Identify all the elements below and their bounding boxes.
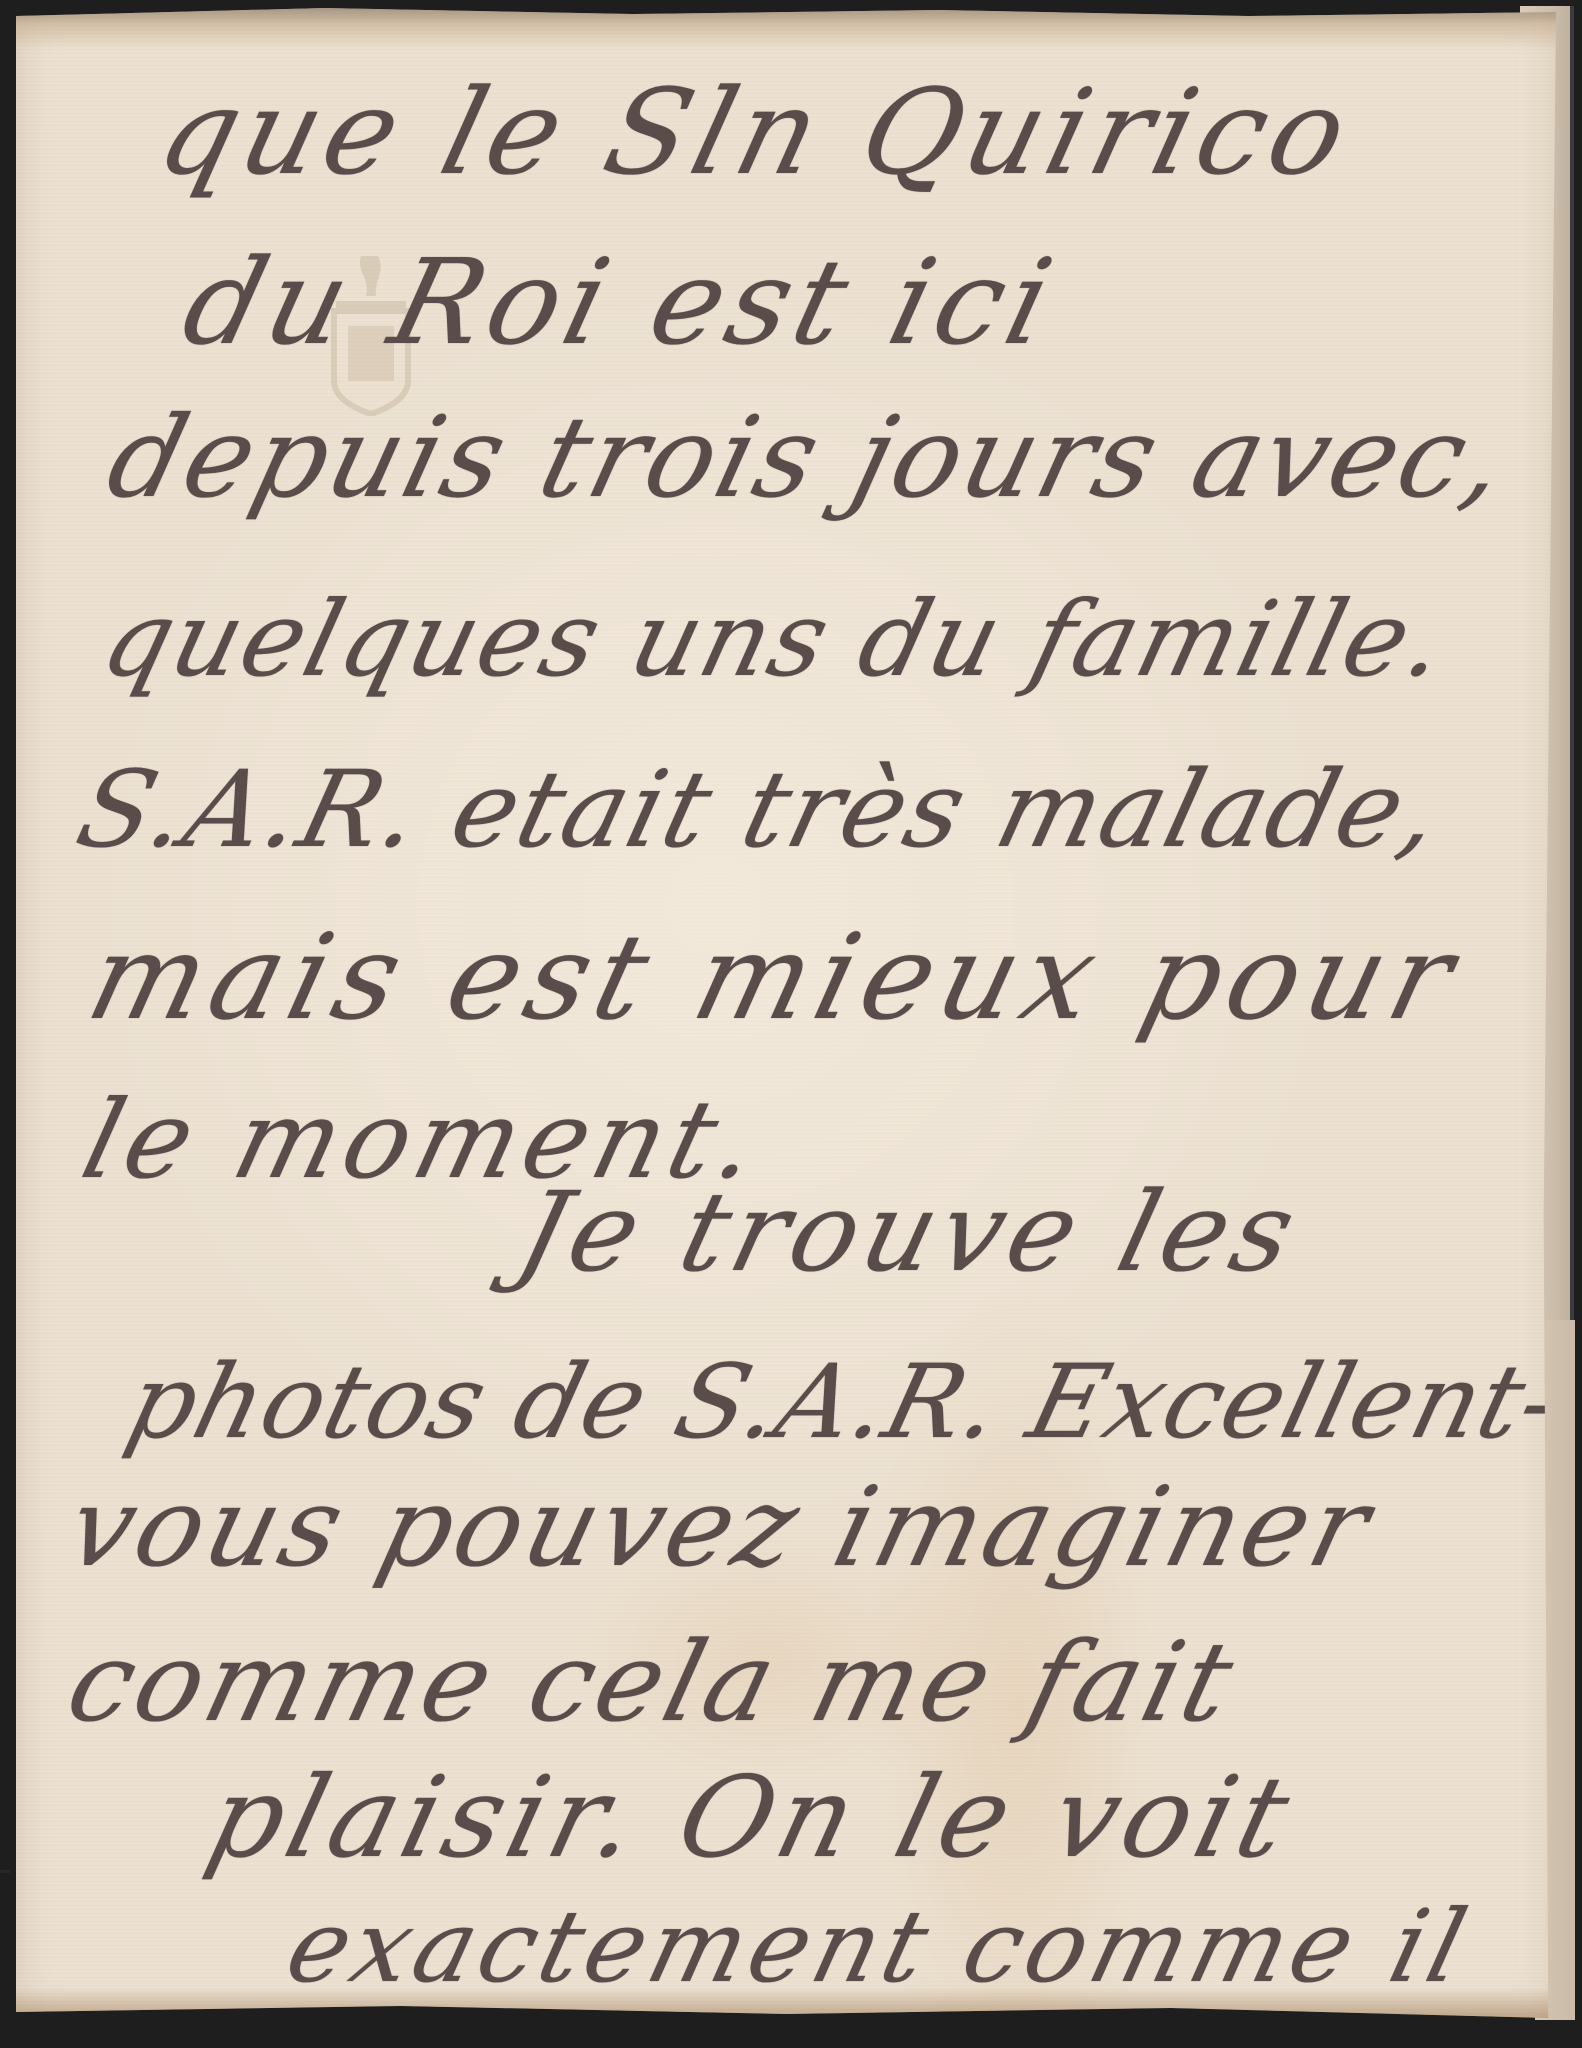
letter-line-5: S.A.R. etait très malade, bbox=[66, 748, 1455, 871]
letter-line-12: plaisir. On le voit bbox=[196, 1753, 1307, 1883]
letter-paper: que le Sln Quirico du Roi est ici depuis… bbox=[16, 8, 1556, 2018]
letter-line-2: du Roi est ici bbox=[171, 233, 1070, 371]
letter-line-3: depuis trois jours avec, bbox=[96, 393, 1522, 523]
letter-line-11: comme cela me fait bbox=[56, 1618, 1249, 1746]
handwritten-text: que le Sln Quirico du Roi est ici depuis… bbox=[16, 8, 1556, 2018]
letter-line-8: Je trouve les bbox=[506, 1168, 1313, 1296]
letter-line-6: mais est mieux pour bbox=[76, 908, 1474, 1046]
letter-line-13: exactement comme il bbox=[276, 1888, 1482, 2005]
letter-line-1: que le Sln Quirico bbox=[146, 63, 1366, 201]
scanned-page: que le Sln Quirico du Roi est ici depuis… bbox=[0, 0, 1582, 2048]
letter-line-4: quelques uns du famille. bbox=[91, 578, 1460, 700]
letter-line-10: vous pouvez imaginer bbox=[56, 1463, 1385, 1591]
letter-line-9: photos de S.A.R. Excellent- bbox=[116, 1343, 1573, 1462]
margin-tick-mark bbox=[0, 1870, 10, 1873]
